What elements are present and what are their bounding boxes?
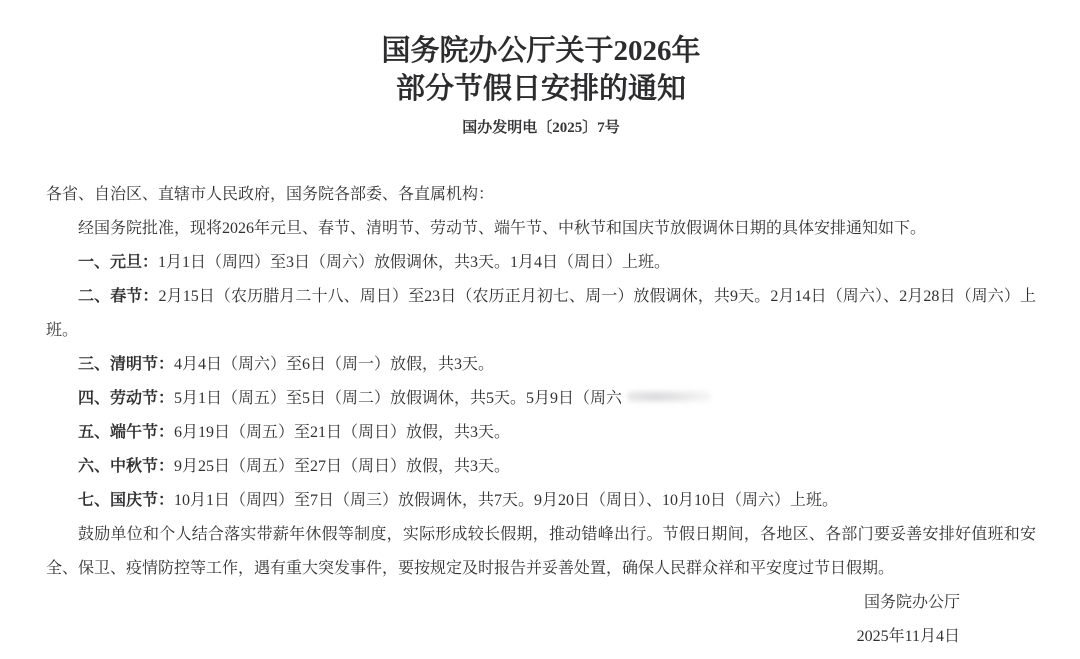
item-text: 1月1日（周四）至3日（周六）放假调休，共3天。1月4日（周日）上班。 xyxy=(158,254,670,271)
holiday-item-labor-day: 四、劳动节：5月1日（周五）至5日（周二）放假调休，共5天。5月9日（周六 xyxy=(46,382,1036,416)
item-label: 一、元旦： xyxy=(78,254,158,271)
holiday-item-dragon-boat: 五、端午节：6月19日（周五）至21日（周日）放假，共3天。 xyxy=(46,416,1036,450)
item-text: 6月19日（周五）至21日（周日）放假，共3天。 xyxy=(174,424,510,441)
item-label: 六、中秋节： xyxy=(78,458,174,475)
holiday-item-new-year: 一、元旦：1月1日（周四）至3日（周六）放假调休，共3天。1月4日（周日）上班。 xyxy=(46,246,1036,280)
item-text: 2月15日（农历腊月二十八、周日）至23日（农历正月初七、周一）放假调休，共9天… xyxy=(46,288,1036,339)
document-number: 国办发明电〔2025〕7号 xyxy=(46,117,1036,139)
item-label: 四、劳动节： xyxy=(78,390,174,407)
item-text: 10月1日（周四）至7日（周三）放假调休，共7天。9月20日（周日）、10月10… xyxy=(174,492,838,509)
holiday-item-mid-autumn: 六、中秋节：9月25日（周五）至27日（周日）放假，共3天。 xyxy=(46,450,1036,484)
item-text: 4月4日（周六）至6日（周一）放假，共3天。 xyxy=(174,356,494,373)
item-text: 5月1日（周五）至5日（周二）放假调休，共5天。5月9日（周六 xyxy=(174,390,622,407)
item-label: 二、春节： xyxy=(78,288,159,305)
document-body: 各省、自治区、直辖市人民政府，国务院各部委、各直属机构： 经国务院批准，现将20… xyxy=(46,178,1036,654)
title-line-1: 国务院办公厅关于2026年 xyxy=(46,32,1036,70)
signer-name: 国务院办公厅 xyxy=(46,586,960,620)
holiday-item-spring-festival: 二、春节：2月15日（农历腊月二十八、周日）至23日（农历正月初七、周一）放假调… xyxy=(46,280,1036,348)
item-label: 三、清明节： xyxy=(78,356,174,373)
salutation: 各省、自治区、直辖市人民政府，国务院各部委、各直属机构： xyxy=(46,178,1036,212)
intro-paragraph: 经国务院批准，现将2026年元旦、春节、清明节、劳动节、端午节、中秋节和国庆节放… xyxy=(46,212,1036,246)
title-line-2: 部分节假日安排的通知 xyxy=(46,70,1036,108)
closing-paragraph: 鼓励单位和个人结合落实带薪年休假等制度，实际形成较长假期，推动错峰出行。节假日期… xyxy=(46,518,1036,586)
item-label: 七、国庆节： xyxy=(78,492,174,509)
blurred-text-smudge xyxy=(627,390,711,403)
document-title: 国务院办公厅关于2026年 部分节假日安排的通知 xyxy=(46,32,1036,108)
holiday-item-national-day: 七、国庆节：10月1日（周四）至7日（周三）放假调休，共7天。9月20日（周日）… xyxy=(46,484,1036,518)
holiday-item-qingming: 三、清明节：4月4日（周六）至6日（周一）放假，共3天。 xyxy=(46,348,1036,382)
notice-document: 国务院办公厅关于2026年 部分节假日安排的通知 国办发明电〔2025〕7号 各… xyxy=(0,0,1080,659)
item-label: 五、端午节： xyxy=(78,424,174,441)
signature-block: 国务院办公厅 2025年11月4日 xyxy=(46,586,1036,654)
signature-date: 2025年11月4日 xyxy=(46,620,960,654)
item-text: 9月25日（周五）至27日（周日）放假，共3天。 xyxy=(174,458,510,475)
